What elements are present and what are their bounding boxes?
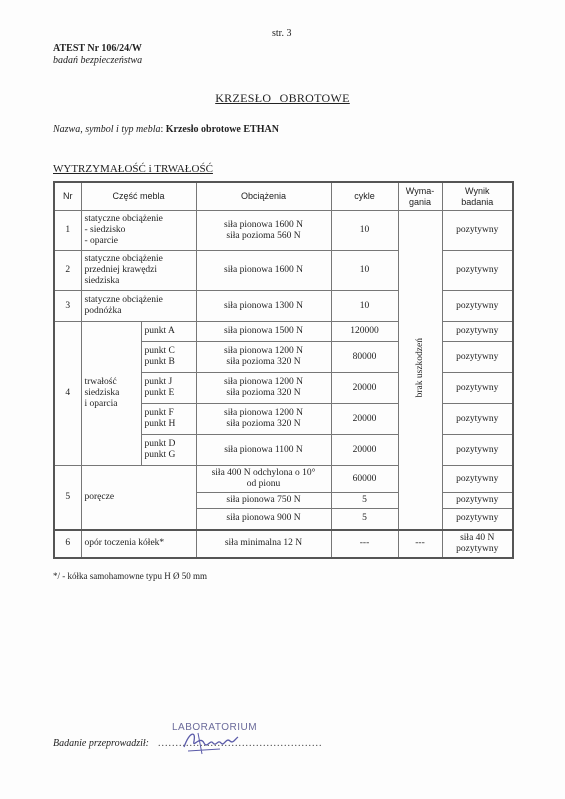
row-part: trwałośćsiedziskai oparcia bbox=[81, 322, 141, 466]
row-requirement-merged: brak uszkodzeń bbox=[398, 211, 442, 530]
table-row: 3statyczne obciążeniepodnóżkasiła pionow… bbox=[54, 291, 513, 322]
product-label: Nazwa, symbol i typ mebla bbox=[53, 124, 161, 135]
table-row: 1statyczne obciążenie- siedzisko- oparci… bbox=[54, 211, 513, 251]
table-row: 2statyczne obciążenieprzedniej krawędzis… bbox=[54, 251, 513, 291]
row-cycles: 10 bbox=[331, 291, 398, 322]
row-result: pozytywny bbox=[442, 373, 513, 404]
row-cycles: 120000 bbox=[331, 322, 398, 342]
header-cycles: cykle bbox=[331, 182, 398, 211]
row-point: punkt A bbox=[141, 322, 196, 342]
certificate-subtitle: badań bezpieczeństwa bbox=[53, 55, 142, 66]
row-result: pozytywny bbox=[442, 509, 513, 530]
row-point: punkt Cpunkt B bbox=[141, 342, 196, 373]
header-nr: Nr bbox=[54, 182, 81, 211]
row-result: pozytywny bbox=[442, 291, 513, 322]
product-value: Krzesło obrotowe ETHAN bbox=[166, 124, 279, 135]
row-result: pozytywny bbox=[442, 322, 513, 342]
row-nr: 3 bbox=[54, 291, 81, 322]
row-part: statyczne obciążenieprzedniej krawędzisi… bbox=[81, 251, 196, 291]
row-cycles: 20000 bbox=[331, 404, 398, 435]
row-cycles: 10 bbox=[331, 211, 398, 251]
row-nr: 1 bbox=[54, 211, 81, 251]
table-subrow: 5poręczesiła 400 N odchylona o 10°od pio… bbox=[54, 466, 513, 493]
section-title: WYTRZYMAŁOŚĆ i TRWAŁOŚĆ bbox=[53, 163, 213, 175]
row-nr: 2 bbox=[54, 251, 81, 291]
row-point: punkt Jpunkt E bbox=[141, 373, 196, 404]
header-part: Część mebla bbox=[81, 182, 196, 211]
row-cycles: --- bbox=[331, 530, 398, 558]
row-part: statyczne obciążenie- siedzisko- oparcie bbox=[81, 211, 196, 251]
row-load: siła pionowa 1200 Nsiła pozioma 320 N bbox=[196, 373, 331, 404]
row-part: statyczne obciążeniepodnóżka bbox=[81, 291, 196, 322]
row-load: siła 400 N odchylona o 10°od pionu bbox=[196, 466, 331, 493]
row-part: poręcze bbox=[81, 466, 196, 530]
table-subrow: 4trwałośćsiedziskai oparciapunkt Asiła p… bbox=[54, 322, 513, 342]
row-load: siła pionowa 1600 N bbox=[196, 251, 331, 291]
row-cycles: 5 bbox=[331, 509, 398, 530]
row-result: pozytywny bbox=[442, 342, 513, 373]
row-load: siła pionowa 1200 Nsiła pozioma 320 N bbox=[196, 342, 331, 373]
page-number: str. 3 bbox=[272, 28, 291, 39]
row-cycles: 20000 bbox=[331, 373, 398, 404]
product-name-line: Nazwa, symbol i typ mebla: Krzesło obrot… bbox=[53, 124, 279, 135]
row-nr: 4 bbox=[54, 322, 81, 466]
row-cycles: 10 bbox=[331, 251, 398, 291]
row-result: pozytywny bbox=[442, 211, 513, 251]
row-part: opór toczenia kółek* bbox=[81, 530, 196, 558]
row-cycles: 80000 bbox=[331, 342, 398, 373]
row-load: siła pionowa 1500 N bbox=[196, 322, 331, 342]
footnote: */ - kółka samohamowne typu H Ø 50 mm bbox=[53, 571, 207, 581]
row-result: pozytywny bbox=[442, 493, 513, 509]
row-point: punkt Fpunkt H bbox=[141, 404, 196, 435]
signature-label: Badanie przeprowadził: bbox=[53, 738, 149, 749]
header-result: Wynikbadania bbox=[442, 182, 513, 211]
row-point: punkt Dpunkt G bbox=[141, 435, 196, 466]
row-result: siła 40 Npozytywny bbox=[442, 530, 513, 558]
handwritten-signature bbox=[180, 727, 240, 755]
row-nr: 5 bbox=[54, 466, 81, 530]
row-result: pozytywny bbox=[442, 251, 513, 291]
row-load: siła pionowa 1100 N bbox=[196, 435, 331, 466]
row-load: siła pionowa 900 N bbox=[196, 509, 331, 530]
row-result: pozytywny bbox=[442, 404, 513, 435]
document-title: KRZESŁO OBROTOWE bbox=[0, 91, 565, 106]
row-load: siła pionowa 1600 Nsiła pozioma 560 N bbox=[196, 211, 331, 251]
row-load: siła pionowa 1200 Nsiła pozioma 320 N bbox=[196, 404, 331, 435]
row-nr: 6 bbox=[54, 530, 81, 558]
row-requirement: --- bbox=[398, 530, 442, 558]
row-load: siła minimalna 12 N bbox=[196, 530, 331, 558]
table-header-row: NrCzęść meblaObciążeniacykleWyma-ganiaWy… bbox=[54, 182, 513, 211]
header-requirement: Wyma-gania bbox=[398, 182, 442, 211]
row-cycles: 20000 bbox=[331, 435, 398, 466]
header-load: Obciążenia bbox=[196, 182, 331, 211]
certificate-number: ATEST Nr 106/24/W bbox=[53, 43, 142, 54]
row-result: pozytywny bbox=[442, 435, 513, 466]
row-load: siła pionowa 1300 N bbox=[196, 291, 331, 322]
test-results-table: NrCzęść meblaObciążeniacykleWyma-ganiaWy… bbox=[53, 181, 514, 559]
row-result: pozytywny bbox=[442, 466, 513, 493]
table-row: 6opór toczenia kółek*siła minimalna 12 N… bbox=[54, 530, 513, 558]
row-cycles: 5 bbox=[331, 493, 398, 509]
row-load: siła pionowa 750 N bbox=[196, 493, 331, 509]
row-cycles: 60000 bbox=[331, 466, 398, 493]
